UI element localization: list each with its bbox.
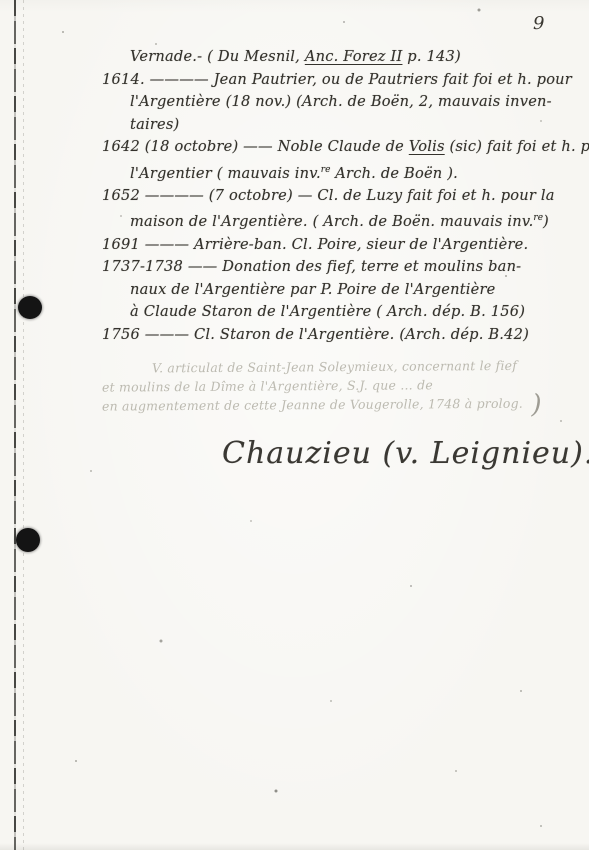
text-segment: Arch. de Boën ). [330,164,458,181]
punch-hole [16,528,40,552]
text-segment: ) [523,390,542,420]
text-segment: en augmentement de cette Jeanne de Vouge… [102,396,523,414]
handwritten-line: 1614. ———— Jean Pautrier, ou de Pautrier… [102,69,560,92]
handwritten-line: l'Argentier ( mauvais inv.re Arch. de Bo… [130,159,560,185]
handwritten-line: l'Argentière (18 nov.) (Arch. de Boën, 2… [130,91,560,114]
page-number: 9 [533,13,544,34]
handwritten-line: maison de l'Argentière. ( Arch. de Boën.… [130,207,560,233]
manuscript-text: Vernade.- ( Du Mesnil, Anc. Forez II p. … [100,46,560,466]
entries-block: Vernade.- ( Du Mesnil, Anc. Forez II p. … [100,46,560,416]
text-segment: 1691 ——— Arrière-ban. Cl. Poire, sieur d… [102,236,528,253]
handwritten-line: 1737-1738 —— Donation des fief, terre et… [102,256,560,279]
text-segment: 1614. ———— Jean Pautrier, ou de Pautrier… [102,71,572,88]
text-segment: l'Argentier ( mauvais inv. [130,164,321,181]
text-segment: p. 143) [402,48,460,65]
scan-noise [0,0,2,2]
punch-hole [18,296,42,319]
page-edge-line [14,0,16,850]
handwritten-line: 1756 ——— Cl. Staron de l'Argentière. (Ar… [102,324,560,347]
text-segment: à Claude Staron de l'Argentière ( Arch. … [130,303,525,320]
text-segment: 1737-1738 —— Donation des fief, terre et… [102,258,521,275]
text-segment: 1642 (18 octobre) —— Noble Claude de [102,138,409,155]
text-segment: re [321,165,331,175]
text-segment: maison de l'Argentière. ( Arch. de Boën.… [130,213,533,230]
handwritten-line: 1652 ———— (7 octobre) — Cl. de Luzy fait… [102,185,560,208]
handwritten-line: 1642 (18 octobre) —— Noble Claude de Vol… [102,136,560,159]
text-segment: ) [543,213,549,230]
handwritten-line: à Claude Staron de l'Argentière ( Arch. … [130,301,560,324]
text-segment: Volis [409,138,445,155]
handwritten-line: naux de l'Argentière par P. Poire de l'A… [130,279,560,302]
handwritten-line: Vernade.- ( Du Mesnil, Anc. Forez II p. … [130,46,560,69]
section-heading: Chauzieu (v. Leignieu). [222,443,560,466]
page-fold-line [23,0,24,850]
text-segment: et moulins de la Dîme à l'Argentière, S.… [102,378,433,395]
text-segment: re [533,213,543,223]
text-segment: (sic) fait foi et h. pour [445,138,589,155]
text-segment: 1756 ——— Cl. Staron de l'Argentière. (Ar… [102,326,529,343]
text-segment: taires) [130,116,179,133]
pencil-note-line: en augmentement de cette Jeanne de Vouge… [102,394,560,418]
scanned-page: 9 Vernade.- ( Du Mesnil, Anc. Forez II p… [0,0,589,850]
handwritten-line: 1691 ——— Arrière-ban. Cl. Poire, sieur d… [102,234,560,257]
text-segment: Vernade.- ( Du Mesnil, [130,48,305,65]
text-segment: V. articulat de Saint-Jean Soleymieux, c… [152,358,517,376]
text-segment: naux de l'Argentière par P. Poire de l'A… [130,281,495,298]
handwritten-line: taires) [130,114,560,137]
text-segment: Anc. Forez II [305,48,403,65]
text-segment: l'Argentière (18 nov.) (Arch. de Boën, 2… [130,93,552,110]
text-segment: 1652 ———— (7 octobre) — Cl. de Luzy fait… [102,187,555,204]
